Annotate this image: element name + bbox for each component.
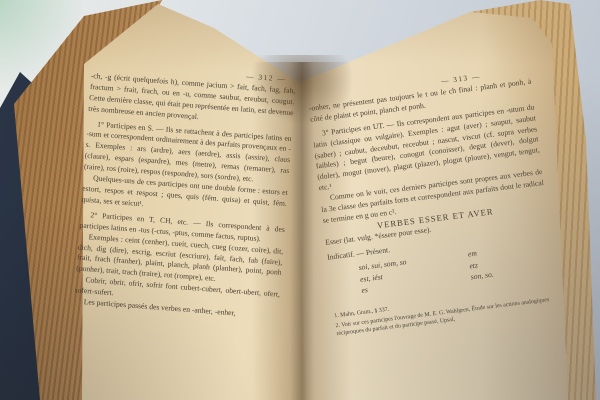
conjugation-plural-column: em etz son, so. <box>467 246 494 283</box>
book-photo: — 312 — -ch, -g (écrit quelquefois h), c… <box>0 0 600 400</box>
right-page-text: — 313 — -onher, ne présentent pas toujou… <box>307 66 560 339</box>
conjugation-form-3pl: son, so. <box>470 270 494 284</box>
left-page-text: — 312 — -ch, -g (écrit quelquefois h), c… <box>73 60 296 323</box>
conjugation-singular-column: soi, sui, som, so est, iést es <box>358 257 410 297</box>
